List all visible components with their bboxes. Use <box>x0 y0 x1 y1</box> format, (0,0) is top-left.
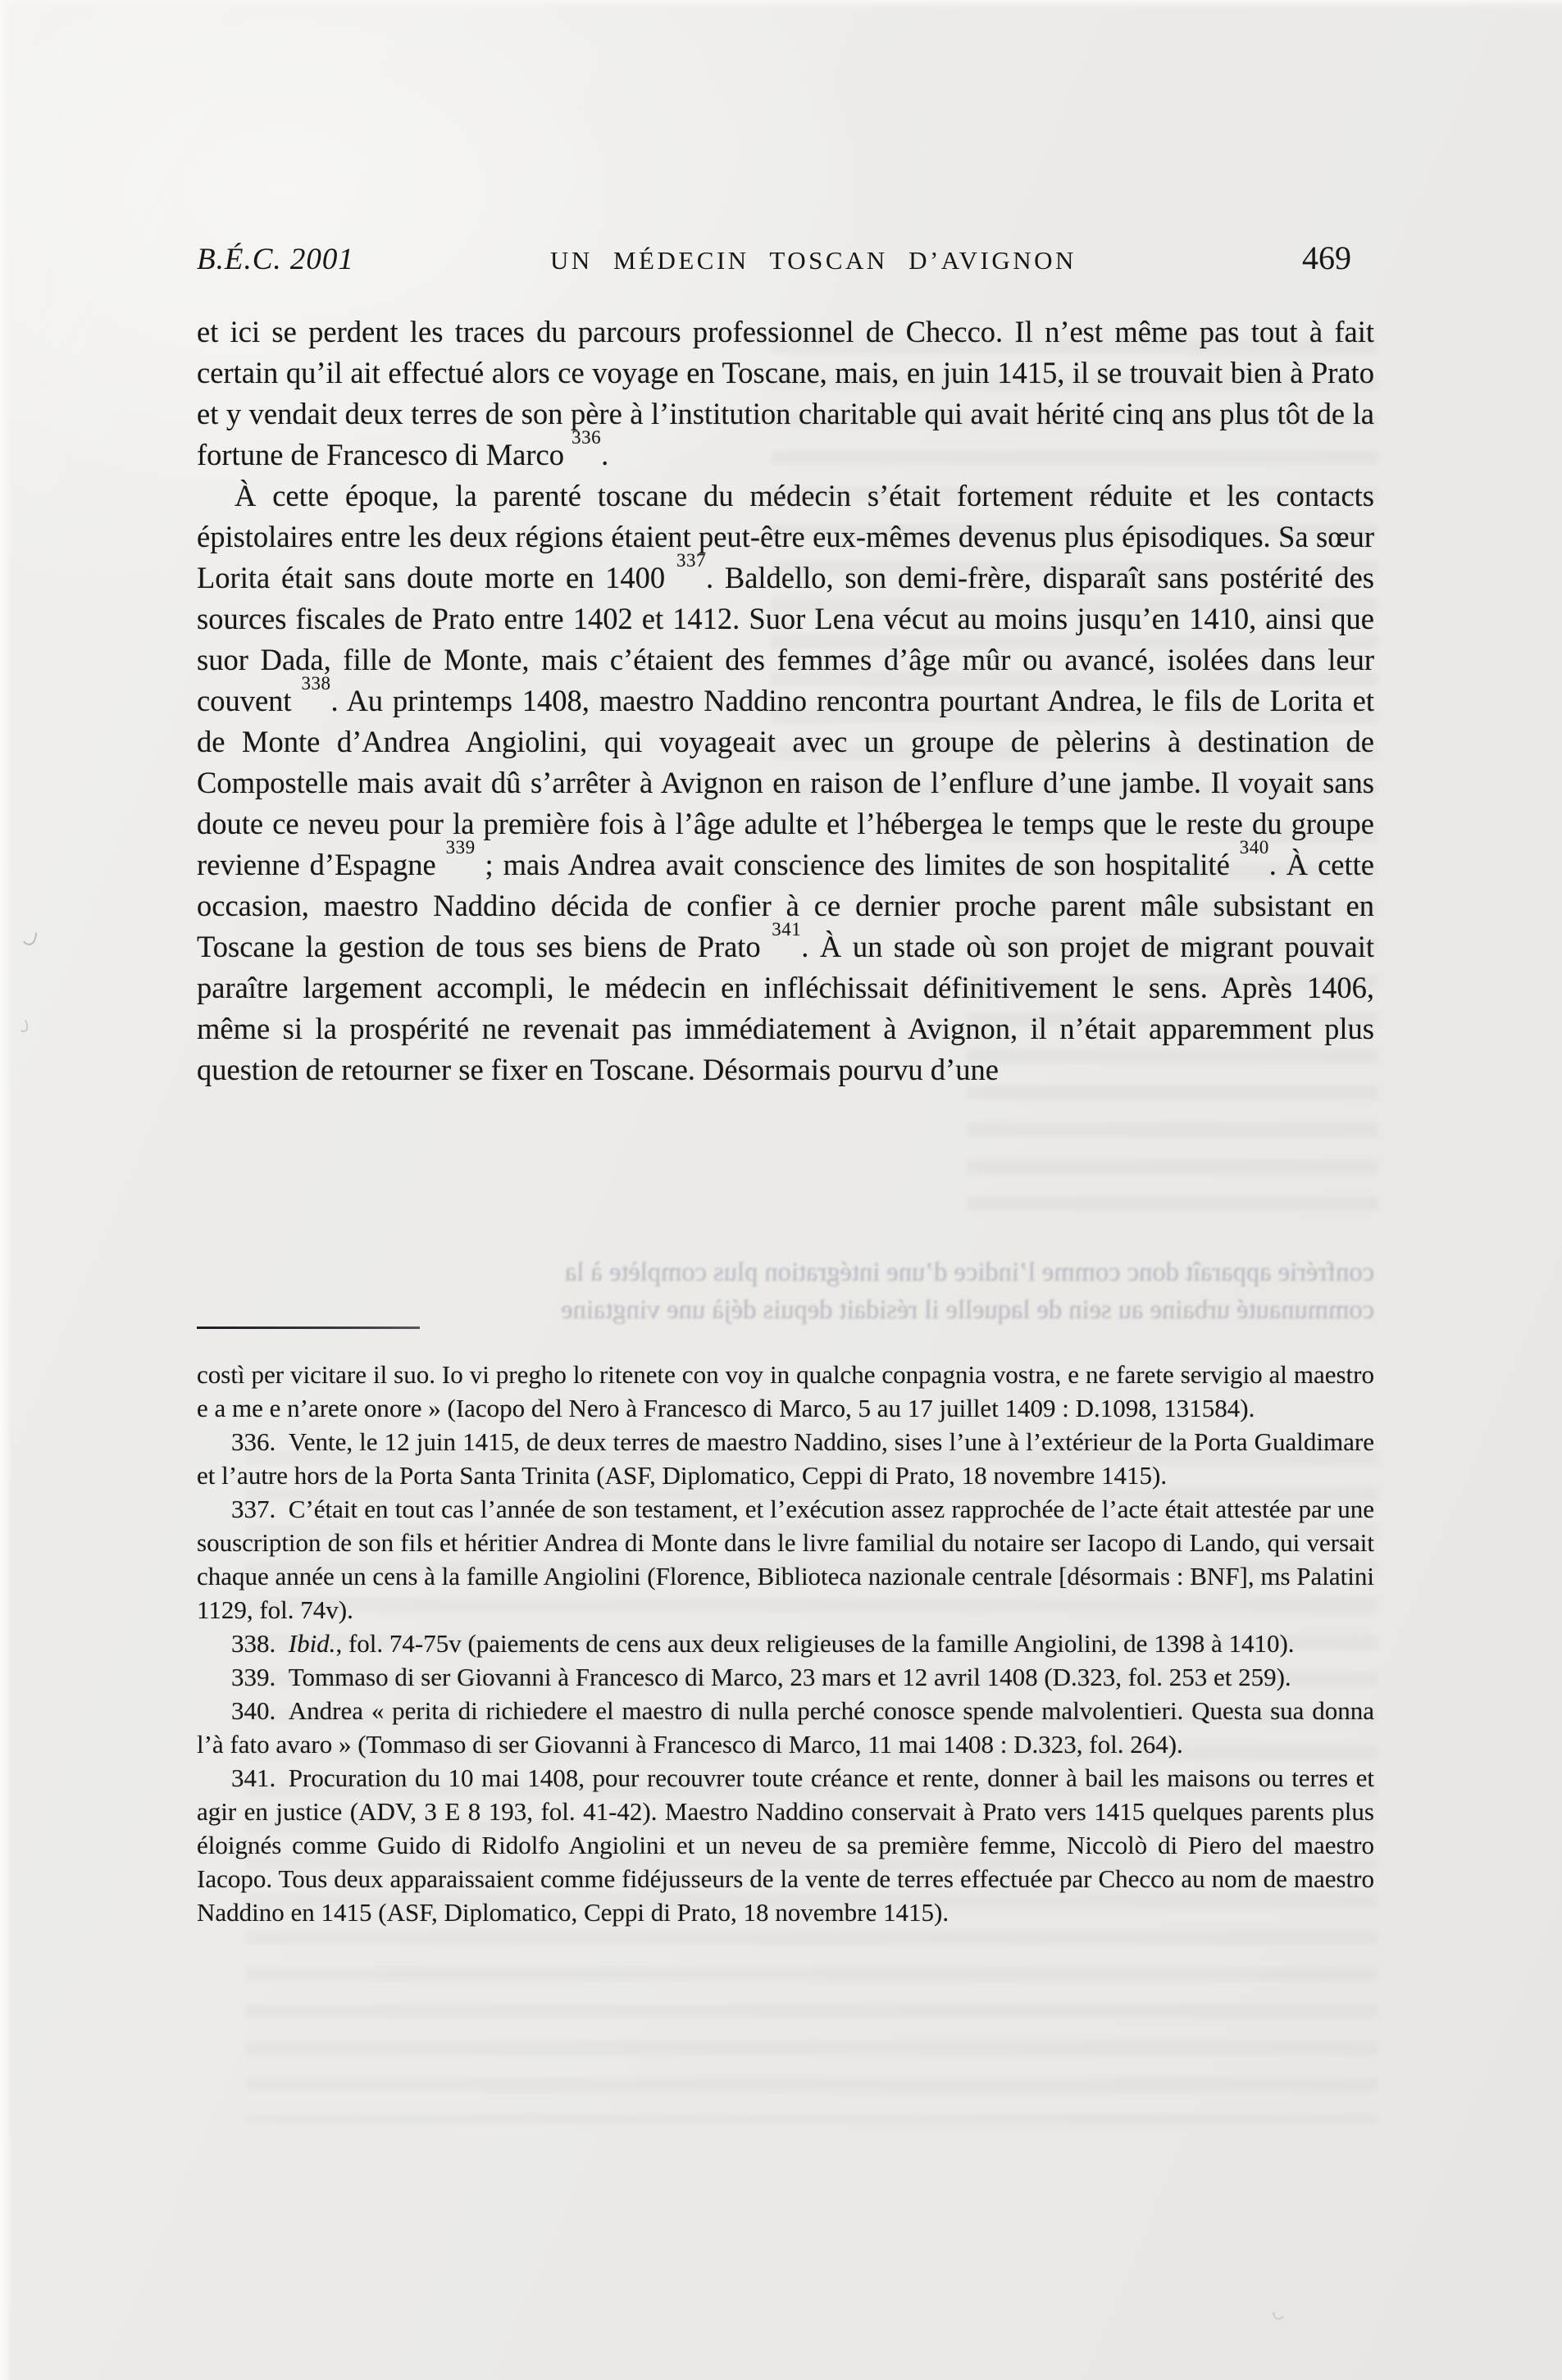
paper-crease <box>32 107 216 401</box>
bleed-through-text: confrérie apparaît donc comme l’indice d… <box>197 1258 1374 1288</box>
paper-crease <box>15 50 66 753</box>
body-paragraph-2: À cette époque, la parenté toscane du mé… <box>197 476 1374 1090</box>
page-top-edge <box>0 0 1562 8</box>
margin-pen-mark <box>1271 2306 1286 2321</box>
margin-pen-mark <box>16 1018 29 1033</box>
footnote-335-continuation: costì per vicitare il suo. Io vi pregho … <box>197 1358 1374 1425</box>
footnote-reference: 337 <box>676 550 706 571</box>
footnote-341: 341. Procuration du 10 mai 1408, pour re… <box>197 1761 1374 1929</box>
footnote-reference: 338 <box>301 673 330 694</box>
footnote-reference: 341 <box>772 919 801 940</box>
footnote-reference: 339 <box>446 837 476 858</box>
footnote-336: 336. Vente, le 12 juin 1415, de deux ter… <box>197 1425 1374 1492</box>
footnotes-section: costì per vicitare il suo. Io vi pregho … <box>197 1358 1374 1929</box>
footnote-reference: 336 <box>572 427 601 448</box>
italic-text: Ibid. <box>289 1629 336 1658</box>
bleed-through-text: communauté urbaine au sein de laquelle i… <box>197 1295 1374 1326</box>
footnote-338: 338. Ibid., fol. 74-75v (paiements de ce… <box>197 1627 1374 1660</box>
page-left-edge <box>0 0 11 2380</box>
footnote-339: 339. Tommaso di ser Giovanni à Francesco… <box>197 1660 1374 1694</box>
footnote-reference: 340 <box>1240 837 1269 858</box>
footnote-337: 337. C’était en tout cas l’année de son … <box>197 1492 1374 1627</box>
scanned-page: B.É.C. 2001 UN MÉDECIN TOSCAN D’AVIGNON … <box>0 0 1562 2380</box>
footnote-separator-rule <box>197 1327 420 1329</box>
footnote-340: 340. Andrea « perita di richiedere el ma… <box>197 1694 1374 1761</box>
margin-pen-mark <box>20 927 38 947</box>
running-head: B.É.C. 2001 UN MÉDECIN TOSCAN D’AVIGNON … <box>197 239 1374 277</box>
running-title: UN MÉDECIN TOSCAN D’AVIGNON <box>339 246 1287 275</box>
main-text: et ici se perdent les traces du parcours… <box>197 312 1374 1090</box>
page-number: 469 <box>1302 239 1374 277</box>
body-paragraph-1: et ici se perdent les traces du parcours… <box>197 312 1374 476</box>
journal-label: B.É.C. 2001 <box>197 242 354 277</box>
